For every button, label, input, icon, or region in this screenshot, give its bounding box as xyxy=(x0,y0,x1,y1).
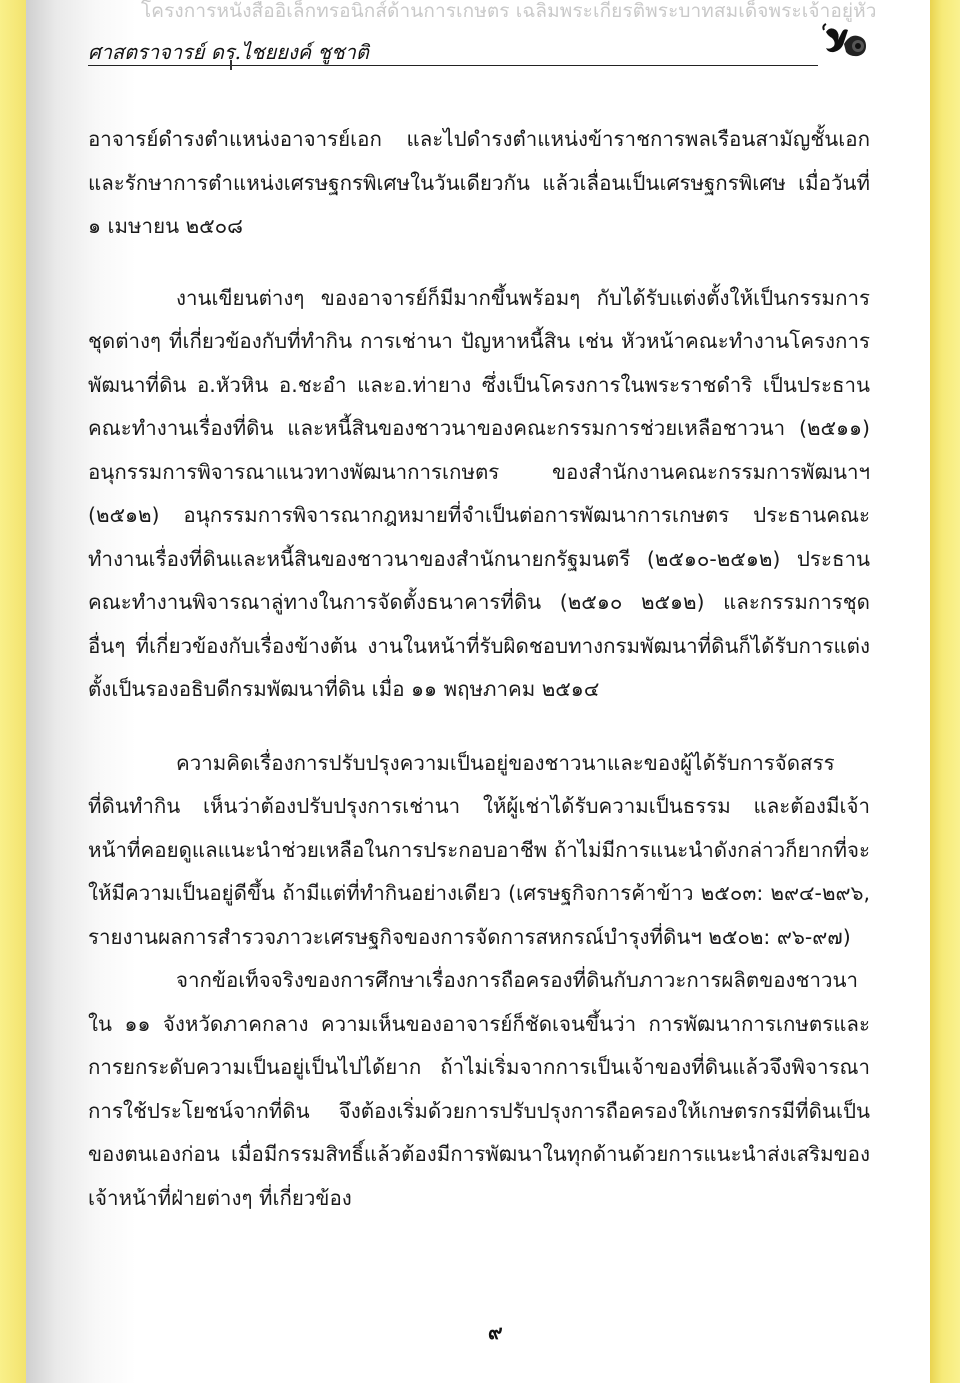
paragraph-2: งานเขียนต่างๆ ของอาจารย์ก็มีมากขึ้นพร้อม… xyxy=(88,277,870,712)
header-rule-divider xyxy=(88,65,818,66)
running-head-author: ศาสตราจารย์ ดร.ไชยยงค์ ชูชาติ xyxy=(88,36,369,68)
paragraph-4: จากข้อเท็จจริงของการศึกษาเรื่องการถือครอ… xyxy=(88,959,870,1220)
document-body: อาจารย์ดำรงตำแหน่งอาจารย์เอก และไปดำรงตำ… xyxy=(88,118,870,1220)
paragraph-3: ความคิดเรื่องการปรับปรุงความเป็นอยู่ของช… xyxy=(88,742,870,960)
background-left-edge xyxy=(0,0,26,1383)
background-right-edge xyxy=(930,0,960,1383)
emblem-icon xyxy=(820,22,872,62)
header-rule-tick xyxy=(230,60,232,70)
document-page: โครงการหนังสืออิเล็กทรอนิกส์ด้านการเกษตร… xyxy=(26,0,930,1383)
watermark-text: โครงการหนังสืออิเล็กทรอนิกส์ด้านการเกษตร… xyxy=(141,0,881,26)
page-number: ๙ xyxy=(488,1316,503,1348)
paragraph-1: อาจารย์ดำรงตำแหน่งอาจารย์เอก และไปดำรงตำ… xyxy=(88,118,870,249)
